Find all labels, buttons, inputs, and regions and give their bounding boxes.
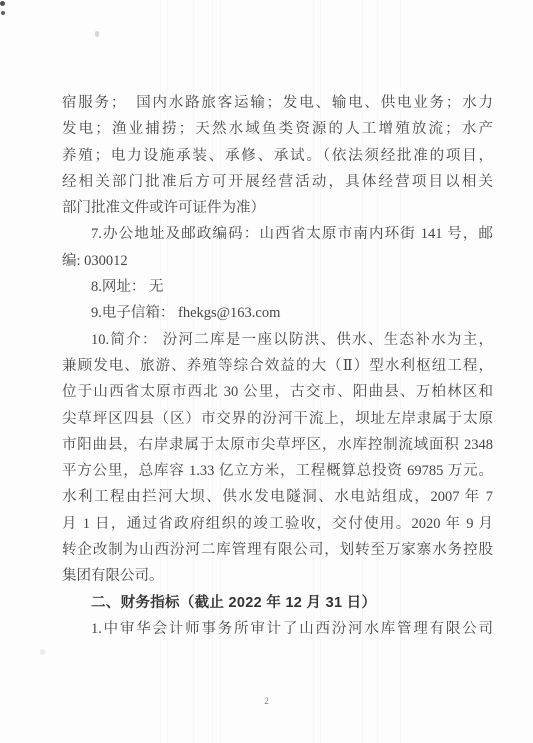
doc-line: 部门批准文件或许可证件为准）: [62, 195, 493, 221]
doc-line: 转企改制为山西汾河二库管理有限公司，划转至万家寨水务控股: [62, 537, 493, 563]
doc-line: 市阳曲县，右岸隶属于太原市尖草坪区，水库控制流域面积 2348: [62, 432, 493, 458]
doc-line: 平方公里，总库容 1.33 亿立方米，工程概算总投资 69785 万元。: [62, 458, 493, 484]
document-body: 宿服务； 国内水路旅客运输；发电、输电、供电业务；水力发电；渔业捕捞；天然水域鱼…: [62, 90, 493, 642]
doc-line: 宿服务； 国内水路旅客运输；发电、输电、供电业务；水力: [62, 90, 493, 116]
doc-line: 兼顾发电、旅游、养殖等综合效益的大（Ⅱ）型水利枢纽工程，: [62, 353, 493, 379]
scan-speck: [1, 11, 5, 15]
doc-line: 10.简介： 汾河二库是一座以防洪、供水、生态补水为主，: [62, 327, 493, 353]
scan-speck: [0, 1, 5, 6]
doc-line: 养殖；电力设施承装、承修、承试。（依法须经批准的项目，: [62, 143, 493, 169]
doc-line: 编: 030012: [62, 248, 493, 274]
doc-line: 尖草坪区四县（区）市交界的汾河干流上，坝址左岸隶属于太原: [62, 406, 493, 432]
page-number: 2: [0, 696, 533, 706]
scan-speck: [40, 649, 45, 655]
section-heading: 二、财务指标（截止 2022 年 12 月 31 日）: [62, 590, 493, 616]
doc-line: 1.中审华会计师事务所审计了山西汾河水库管理有限公司: [62, 616, 493, 642]
doc-line: 月 1 日，通过省政府组织的竣工验收，交付使用。2020 年 9 月: [62, 511, 493, 537]
doc-line: 经相关部门批准后方可开展经营活动，具体经营项目以相关: [62, 169, 493, 195]
doc-line: 位于山西省太原市西北 30 公里，古交市、阳曲县、万柏林区和: [62, 379, 493, 405]
document-page: 宿服务； 国内水路旅客运输；发电、输电、供电业务；水力发电；渔业捕捞；天然水域鱼…: [0, 0, 533, 743]
doc-line: 水利工程由拦河大坝、供水发电隧洞、水电站组成，2007 年 7: [62, 484, 493, 510]
scan-speck: [95, 31, 99, 37]
doc-line: 集团有限公司。: [62, 563, 493, 589]
doc-line: 发电；渔业捕捞；天然水域鱼类资源的人工增殖放流；水产: [62, 116, 493, 142]
doc-line: 7.办公地址及邮政编码：山西省太原市南内环街 141 号，邮: [62, 221, 493, 247]
doc-line: 8.网址： 无: [62, 274, 493, 300]
doc-line: 9.电子信箱： fhekgs@163.com: [62, 300, 493, 326]
